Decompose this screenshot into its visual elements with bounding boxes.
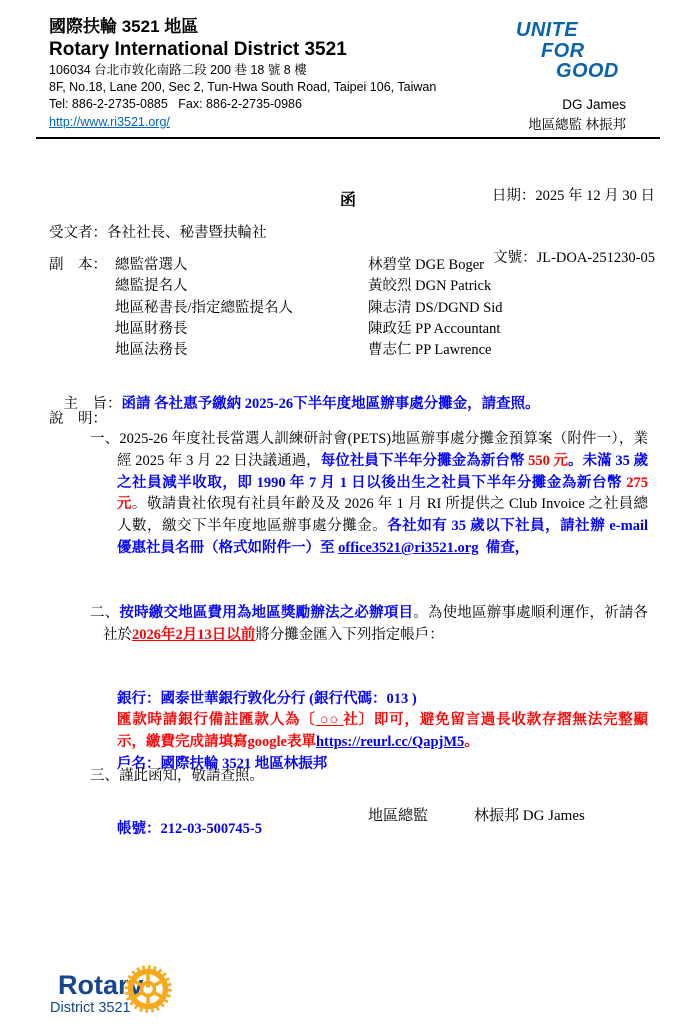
org-name-en: Rotary International District 3521 [49, 38, 479, 62]
text-segment: 每位社員下半年分攤金為新台幣 [321, 453, 528, 469]
text-segment: 。 [568, 453, 583, 469]
recipient-line: 受文者：各社社長、秘書暨扶輪社 [49, 221, 267, 242]
letterhead: 國際扶輪 3521 地區 Rotary International Distri… [49, 16, 479, 131]
theme-logo-line-1: UNITE [516, 20, 619, 41]
cc-name: 陳志清 DS/DGND Sid [368, 298, 609, 319]
paragraph-3: 三、謹此函知，敬請查照。 [90, 764, 264, 785]
cc-name: 黃皎烈 DGN Patrick [368, 276, 609, 297]
bank-line-bank: 銀行：國泰世華銀行敦化分行 (銀行代碼：013 ) [117, 689, 648, 711]
email-link[interactable]: office3521@ri3521.org [338, 540, 478, 556]
subject-text: 函請 各社惠予繳納 2025-26下半年度地區辦事處分攤金，請查照。 [122, 396, 540, 412]
cc-label-spacer [49, 276, 115, 297]
cc-role: 地區秘書長/指定總監提名人 [115, 298, 368, 319]
cc-label: 副 本： [49, 255, 115, 276]
cc-name: 陳政廷 PP Accountant [368, 319, 609, 340]
theme-logo-line-3: GOOD [556, 61, 619, 82]
text-segment: 550 元 [528, 453, 568, 469]
text-segment: ○○ [316, 712, 344, 728]
signature-title: 地區總監 [368, 804, 428, 825]
text-segment: 備查， [478, 540, 529, 556]
payment-form-link[interactable]: https://reurl.cc/QapjM5 [316, 734, 464, 750]
header-divider [36, 137, 660, 139]
governor-name-en: DG James [480, 95, 626, 114]
cc-label-spacer [49, 319, 115, 340]
governor-title-zh: 地區總監 林振邦 [480, 114, 626, 135]
signature-block: 地區總監 林振邦 DG James [368, 804, 585, 825]
cc-role: 地區法務長 [115, 340, 368, 361]
text-segment: 二、 [90, 605, 119, 621]
cc-label-spacer [49, 340, 115, 361]
address-en: 8F, No.18, Lane 200, Sec 2, Tun-Hwa Sout… [49, 79, 479, 96]
text-segment: 將分攤金匯入下列指定帳戶： [255, 627, 444, 643]
cc-name: 曹志仁 PP Lawrence [368, 340, 609, 361]
governor-block: DG James 地區總監 林振邦 [480, 95, 626, 135]
rotary-district-logo: Rotary District 3521 [50, 972, 220, 1024]
text-segment: 2026年2月13日以前 [132, 627, 255, 643]
address-zh: 106034 台北市敦化南路二段 200 巷 18 號 8 樓 [49, 62, 479, 79]
cc-label-spacer [49, 298, 115, 319]
theme-logo-line-2: FOR [541, 41, 619, 62]
signature-name: 林振邦 DG James [474, 804, 585, 825]
district-label: District 3521 [50, 1000, 131, 1016]
letter-page: 國際扶輪 3521 地區 Rotary International Distri… [0, 0, 696, 1024]
remittance-note: 匯款時請銀行備註匯款人為〔 ○○ 社〕即可，避免留言過長收款存摺無法完整顯示，繳… [117, 710, 648, 754]
cc-role: 總監提名人 [115, 276, 368, 297]
cc-block: 副 本： 總監當選人 林碧堂 DGE Boger 總監提名人 黃皎烈 DGN P… [49, 255, 609, 361]
paragraph-1: 一、2025-26 年度社長當選人訓練研討會(PETS)地區辦事處分攤金預算案（… [117, 429, 648, 560]
text-segment: 函請 各社惠予繳納 2025-26下半年度地區辦事處分攤金，請查照。 [122, 396, 540, 412]
tel-fax-line: Tel: 886-2-2735-0885 Fax: 886-2-2735-098… [49, 96, 479, 113]
org-name-zh: 國際扶輪 3521 地區 [49, 16, 479, 38]
text-segment: 按時繳交地區費用為地區獎勵辦法之必辦項目 [119, 605, 413, 621]
text-segment: 。 [464, 734, 479, 750]
website-link[interactable]: http://www.ri3521.org/ [49, 115, 170, 129]
unite-for-good-logo: UNITE FOR GOOD [516, 20, 619, 82]
paragraph-2-intro: 二、按時繳交地區費用為地區獎勵辦法之必辦項目。為使地區辦事處順利運作，祈請各社於… [103, 603, 648, 647]
cc-name: 林碧堂 DGE Boger [368, 255, 609, 276]
text-segment: 匯款時請銀行備註匯款人為〔 [117, 712, 316, 728]
subject-line: 主 旨：函請 各社惠予繳納 2025-26下半年度地區辦事處分攤金，請查照。 [49, 371, 629, 437]
cc-role: 地區財務長 [115, 319, 368, 340]
letter-title: 函 [0, 187, 696, 210]
cc-role: 總監當選人 [115, 255, 368, 276]
explanation-label: 說 明： [49, 407, 107, 428]
